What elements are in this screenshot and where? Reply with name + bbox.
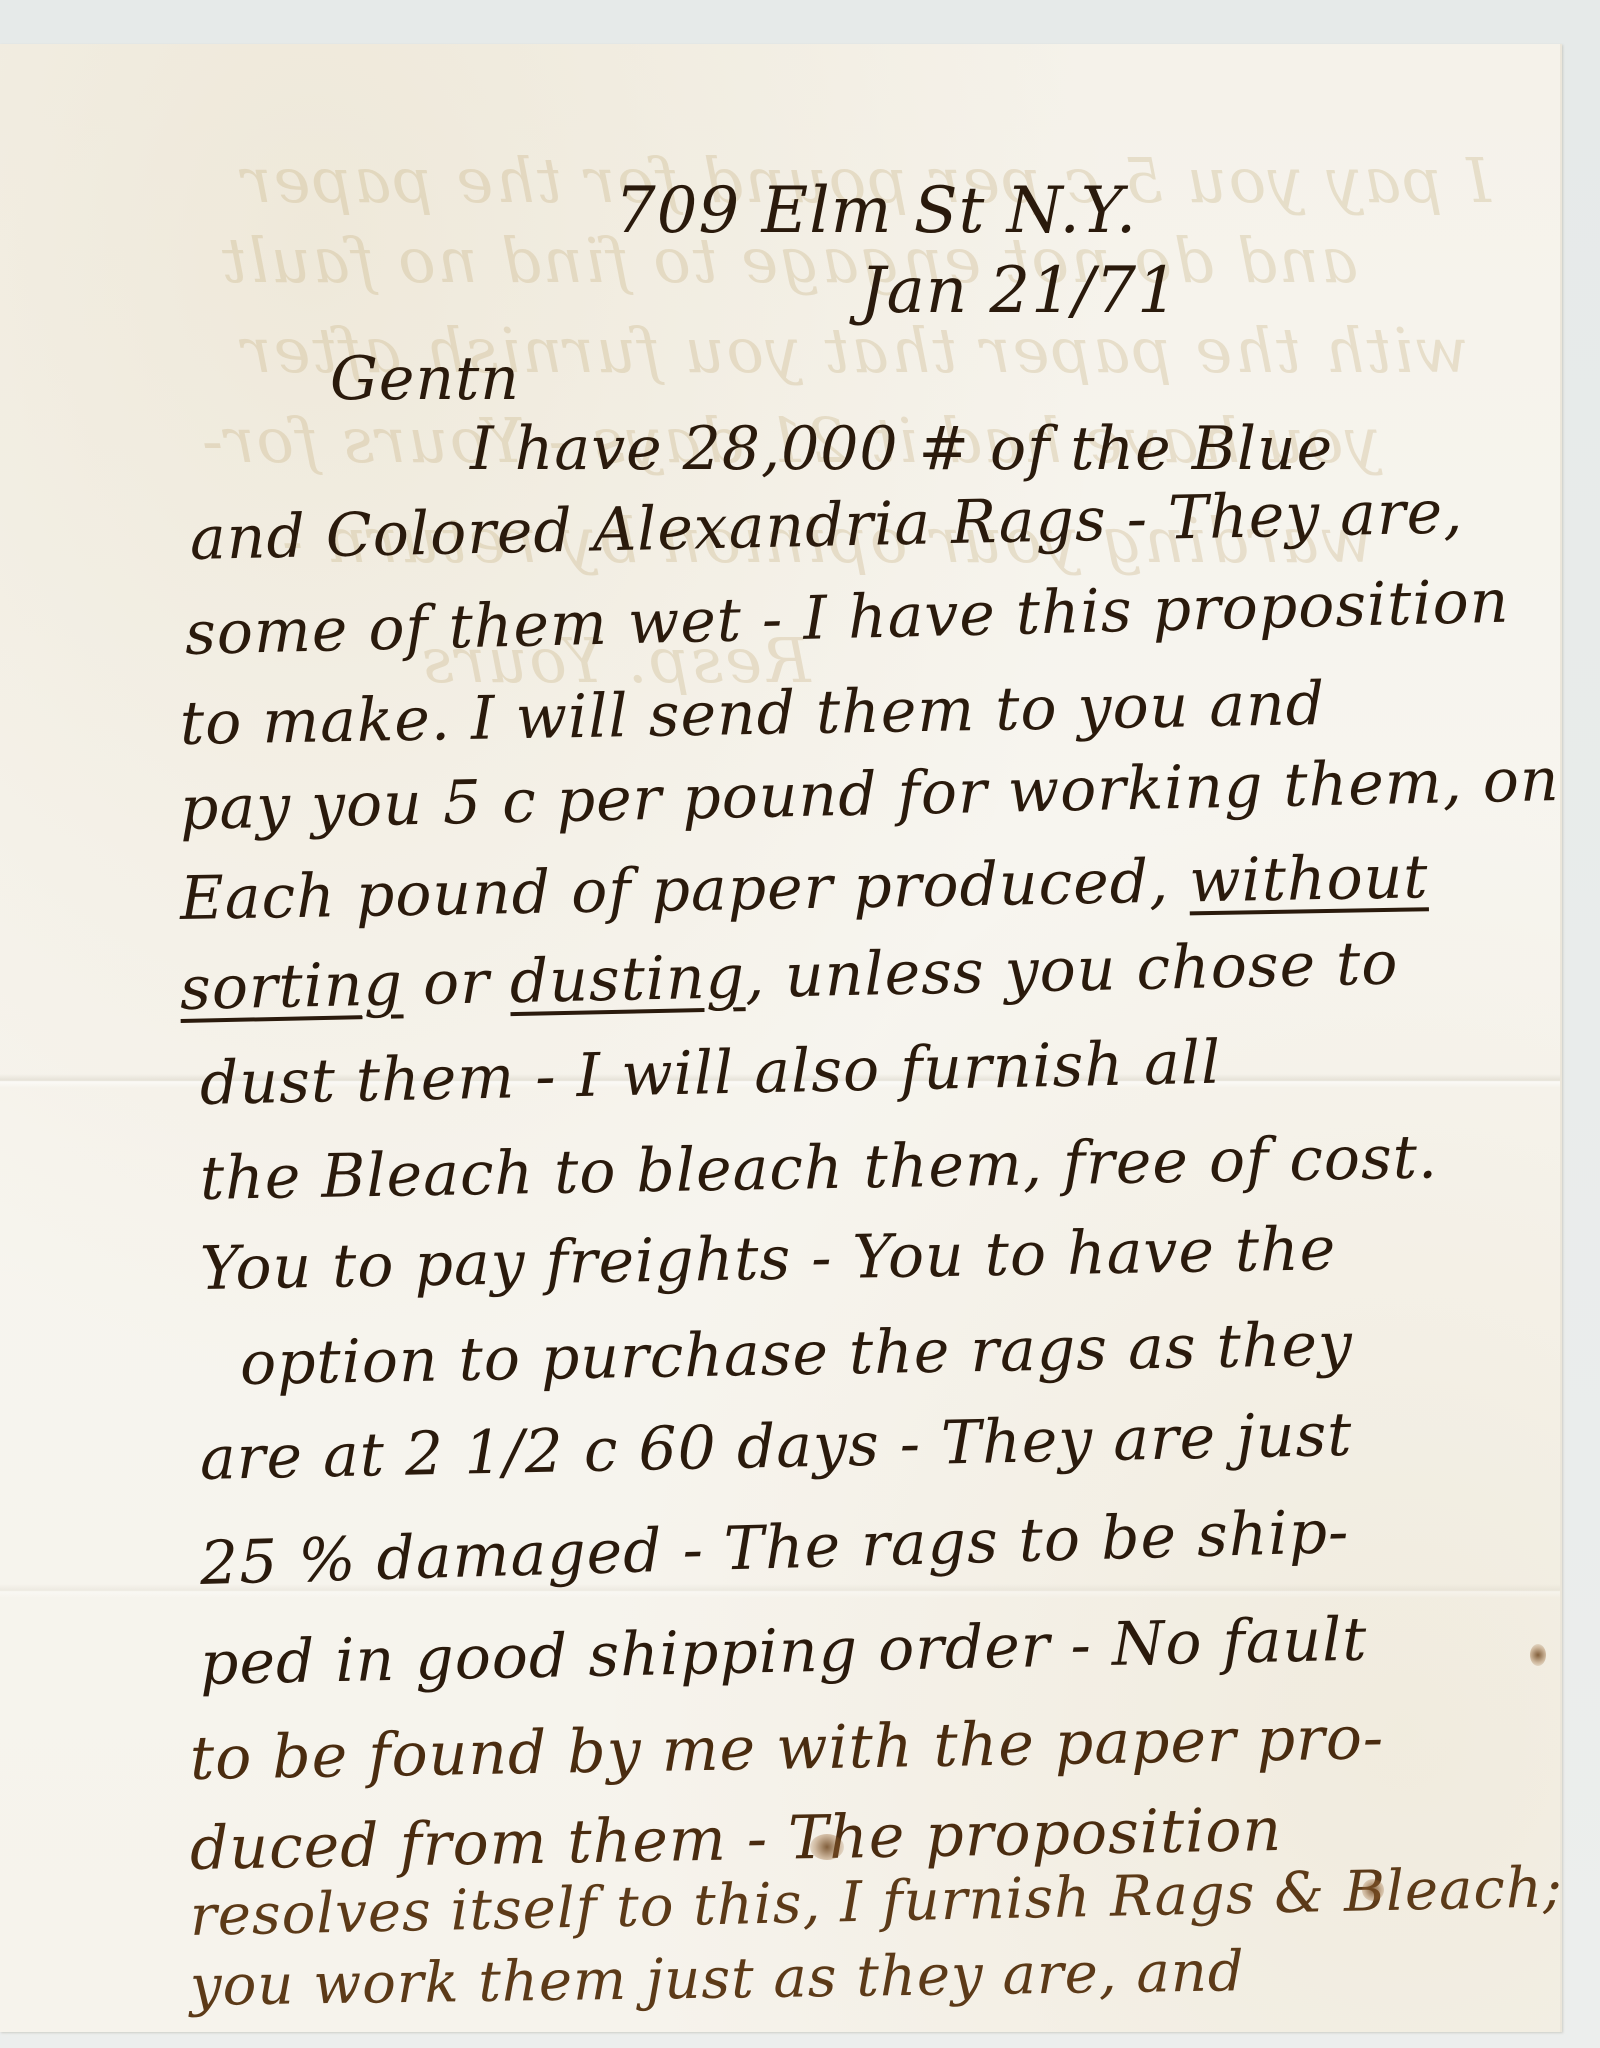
letter-line: option to purchase the rags as they: [239, 1310, 1353, 1399]
line-text: , unless you chose to: [744, 928, 1399, 1012]
letter-line: Each pound of paper produced, without: [179, 842, 1429, 934]
ink-blot: [1530, 1644, 1546, 1666]
letter-line: the Bleach to bleach them, free of cost.: [199, 1122, 1438, 1214]
letter-line: some of them wet - I have this propositi…: [184, 567, 1510, 669]
letter-line: I have 28,000 # of the Blue: [470, 414, 1333, 484]
underlined-word: without: [1189, 842, 1429, 916]
underlined-word: sorting: [179, 949, 403, 1024]
letter-address: 709 Elm St N.Y.: [615, 174, 1137, 248]
letter-line: dust them - I will also furnish all: [199, 1028, 1222, 1119]
ink-blot: [810, 1834, 844, 1860]
letter-salutation: Gentn: [330, 344, 520, 414]
letter-line: you work them just as they are, and: [190, 1939, 1246, 2019]
letter-line: sorting or dusting, unless you chose to: [179, 928, 1399, 1024]
ink-blot: [1362, 1879, 1384, 1901]
letter-date: Jan 21/71: [860, 254, 1179, 328]
line-text: or: [402, 947, 510, 1019]
underlined-word: dusting: [509, 942, 746, 1017]
letter-line: to make. I will send them to you and: [179, 669, 1325, 759]
letter-line: ped in good shipping order - No fault: [199, 1605, 1368, 1699]
letter-line: pay you 5 c per pound for working them, …: [179, 745, 1560, 844]
letter-line: You to pay freights - You to have the: [199, 1214, 1336, 1304]
line-text: Each pound of paper produced,: [179, 846, 1189, 934]
letter-line: to be found by me with the paper pro-: [189, 1703, 1384, 1794]
letter-page: I pay you 5 c per pound for the paper an…: [0, 44, 1562, 2032]
letter-line: are at 2 1/2 c 60 days - They are just: [199, 1400, 1353, 1494]
